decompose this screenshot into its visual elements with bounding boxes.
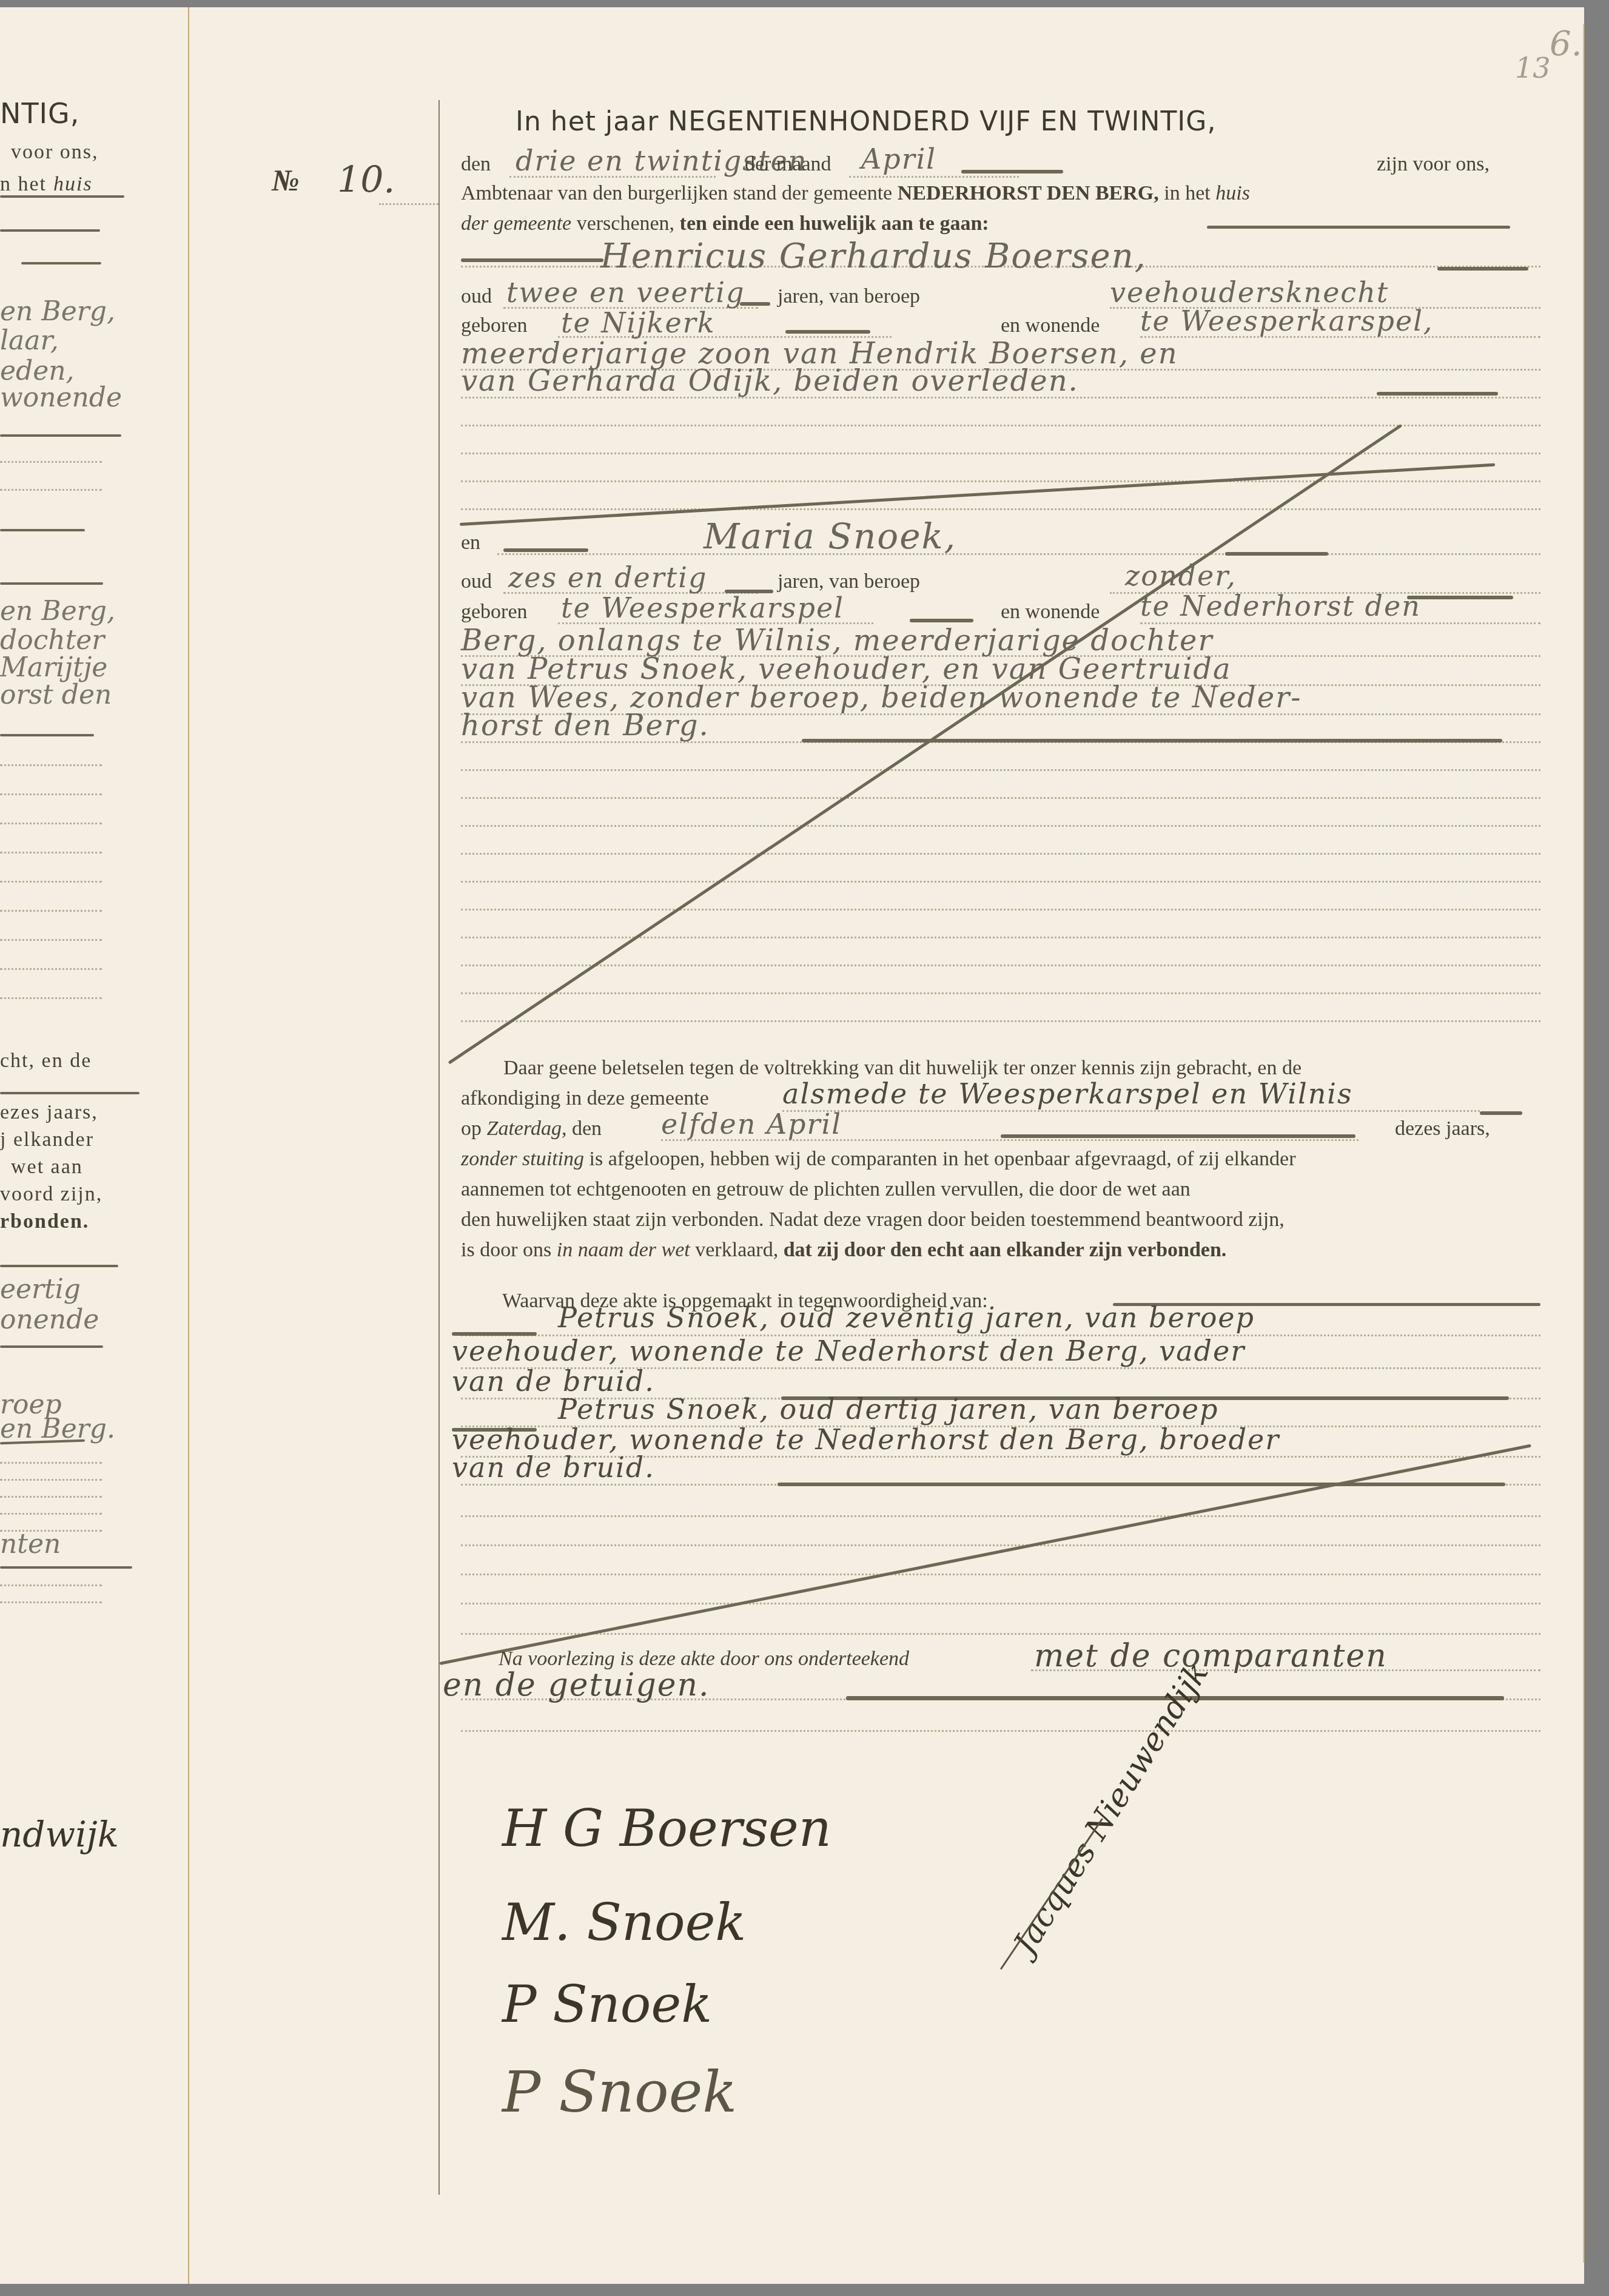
proclamation-line-6: den huwelijken staat zijn verbonden. Nad…	[461, 1208, 1285, 1231]
intro-line-2: Ambtenaar van den burgerlijken stand der…	[461, 182, 1250, 205]
book-gutter-line	[188, 7, 189, 2284]
fill-bar	[1480, 1111, 1522, 1115]
left-rule	[0, 461, 102, 463]
op-label: op	[461, 1117, 482, 1140]
intro-text: ten einde een huwelijk aan te gaan:	[680, 212, 989, 235]
den-label: den	[572, 1117, 602, 1140]
fill-bar	[802, 739, 1502, 742]
proclamation-line-7: is door ons in naam der wet verklaard, d…	[461, 1239, 1226, 1262]
left-fill-bar	[21, 262, 101, 264]
blank-rule	[461, 937, 1540, 938]
left-rule	[0, 1601, 102, 1603]
blank-rule	[461, 1544, 1540, 1546]
left-fill-bar	[0, 1092, 139, 1094]
left-rule	[0, 764, 102, 766]
blank-rule	[461, 1730, 1540, 1732]
record-number: 10.	[337, 159, 395, 201]
left-fill-bar	[0, 529, 85, 531]
left-handwriting: dochter	[0, 625, 104, 656]
left-rule	[0, 1584, 102, 1586]
blank-rule	[461, 1020, 1540, 1022]
left-fill-bar	[0, 582, 103, 585]
page-title: In het jaar NEGENTIENHONDERD VIJF EN TWI…	[516, 106, 1216, 137]
wonende-label: en wonende	[1001, 601, 1100, 624]
blank-rule	[461, 1515, 1540, 1517]
en-label: en	[461, 531, 480, 554]
afkondiging-places: alsmede te Weesperkarspel en Wilnis	[782, 1077, 1353, 1110]
fill-bar	[785, 330, 870, 334]
left-handwriting: nten	[0, 1529, 61, 1560]
left-fill-bar	[0, 1265, 118, 1267]
left-fill-bar	[0, 195, 124, 198]
signature-bride: M. Snoek	[502, 1893, 746, 1952]
fill-bar	[1225, 552, 1328, 556]
bride-residence: te Nederhorst den	[1140, 590, 1421, 622]
blank-rule	[461, 881, 1540, 883]
bride-birthplace: te Weesperkarspel	[561, 591, 844, 624]
geboren-label: geboren	[461, 601, 528, 624]
jaren-label: jaren, van beroep	[778, 285, 920, 308]
left-handwriting: laar,	[0, 325, 59, 356]
proclamation-text: verklaard,	[695, 1239, 778, 1261]
blank-rule	[461, 480, 1540, 482]
fill-bar	[740, 302, 770, 306]
groom-residence: te Weesperkarspel,	[1140, 305, 1433, 337]
fill-bar	[461, 258, 603, 262]
left-rule	[0, 823, 102, 824]
blank-rule	[461, 1603, 1540, 1604]
blank-rule	[461, 453, 1540, 454]
left-line: j elkander	[0, 1128, 94, 1151]
oud-label: oud	[461, 570, 492, 593]
margin-rule	[438, 100, 440, 2195]
proclamation-line-5: aannemen tot echtgenooten en getrouw de …	[461, 1178, 1191, 1201]
left-title-fragment: NTIG,	[0, 97, 79, 130]
witness-2-line-3: van de bruid.	[452, 1451, 655, 1484]
closing-hand-1: met de comparanten	[1034, 1638, 1388, 1674]
left-rule	[0, 968, 102, 970]
bride-age: zes en dertig	[508, 561, 707, 594]
fill-bar	[1407, 596, 1513, 599]
left-signature-fragment: ndwijk	[0, 1814, 119, 1855]
voor-ons-text: zijn voor ons,	[1377, 153, 1490, 176]
groom-details-2: van Gerharda Odijk, beiden overleden.	[461, 364, 1079, 398]
left-handwriting: en Berg,	[0, 596, 115, 627]
geboren-label: geboren	[461, 314, 528, 337]
month-fill-bar	[961, 170, 1063, 173]
left-line: huis	[53, 173, 93, 196]
left-line: ezes jaars,	[0, 1101, 98, 1124]
left-fill-bar	[0, 734, 94, 736]
left-rule	[0, 997, 102, 999]
left-fill-bar	[0, 1345, 103, 1348]
den-label: den	[461, 153, 491, 176]
intro-text: Ambtenaar van den burgerlijken stand der…	[461, 182, 892, 204]
blank-rule	[461, 769, 1540, 771]
zonder-stuiting: zonder stuiting	[461, 1148, 584, 1170]
jaren-label: jaren, van beroep	[778, 570, 920, 593]
left-fill-bar	[0, 229, 100, 232]
signature-groom: H G Boersen	[502, 1799, 831, 1858]
declaration-bold: dat zij door den echt aan elkander zijn …	[784, 1239, 1227, 1261]
left-rule	[0, 852, 102, 853]
page-edge	[1583, 24, 1585, 2263]
month-value: April	[861, 143, 936, 175]
proclamation-text: is afgeloopen, hebben wij de comparanten…	[590, 1148, 1296, 1170]
witness-2-line-1: Petrus Snoek, oud dertig jaren, van bero…	[558, 1393, 1218, 1426]
municipality-name: NEDERHORST DEN BERG,	[898, 182, 1159, 204]
signature-witness-1: P Snoek	[502, 1974, 712, 2034]
proclamation-line-1: Daar geene beletselen tegen de voltrekki…	[503, 1057, 1302, 1080]
left-fill-bar	[0, 434, 121, 437]
dezes-jaars: dezes jaars,	[1395, 1117, 1490, 1140]
groom-occupation: veehoudersknecht	[1110, 276, 1389, 309]
left-rule	[0, 939, 102, 941]
witness-1-line-2: veehouder, wonende te Nederhorst den Ber…	[452, 1335, 1245, 1367]
month-rule	[849, 176, 1019, 178]
left-rule	[0, 881, 102, 883]
bride-name: Maria Snoek,	[704, 516, 956, 557]
fill-bar	[778, 1483, 1505, 1486]
left-line: cht, en de	[0, 1049, 92, 1072]
bride-occupation: zonder,	[1125, 559, 1237, 592]
left-rule	[0, 793, 102, 795]
left-handwriting: Marijtje	[0, 652, 107, 683]
fill-bar	[1437, 267, 1528, 271]
blank-rule	[461, 1633, 1540, 1635]
left-line: voor ons,	[11, 141, 99, 164]
fill-bar	[1207, 226, 1510, 229]
left-rule	[0, 910, 102, 912]
bride-name-rule	[497, 553, 1540, 555]
intro-line-3: der gemeente verschenen, ten einde een h…	[461, 212, 989, 235]
left-rule	[0, 1513, 102, 1515]
left-handwriting: wonende	[0, 382, 122, 413]
record-number-label: №	[272, 163, 300, 198]
wonende-label: en wonende	[1001, 314, 1100, 337]
proclamation-text: is door ons	[461, 1239, 551, 1261]
left-line: wet aan	[11, 1156, 83, 1179]
bride-details-4: horst den Berg.	[461, 709, 710, 742]
left-handwriting: orst den	[0, 679, 112, 710]
afkondiging-rule	[782, 1110, 1480, 1112]
annotation-folio: 13	[1515, 52, 1551, 84]
fill-bar	[503, 548, 588, 552]
left-rule	[0, 1496, 102, 1498]
closing-hand-2: en de getuigen.	[443, 1667, 710, 1703]
groom-age: twee en veertig	[506, 276, 745, 309]
groom-birthplace: te Nijkerk	[561, 306, 716, 339]
blank-rule	[461, 992, 1540, 994]
fill-bar	[910, 619, 973, 622]
left-rule	[0, 489, 102, 491]
blank-rule	[461, 425, 1540, 426]
blank-rule	[461, 909, 1540, 911]
fill-bar	[1377, 392, 1498, 396]
afkondiging-label: afkondiging in deze gemeente	[461, 1087, 709, 1110]
blank-rule	[461, 508, 1540, 510]
left-line: n het	[0, 173, 47, 196]
intro-text: in het	[1164, 182, 1210, 204]
left-rule	[0, 1462, 102, 1464]
intro-text: huis	[1215, 182, 1250, 204]
signature-witness-2: P Snoek	[502, 2059, 737, 2126]
proclamation-date: elfden April	[661, 1108, 842, 1140]
left-fill-bar	[0, 1566, 132, 1569]
groom-name: Henricus Gerhardus Boersen,	[600, 237, 1147, 276]
blank-rule	[461, 965, 1540, 966]
left-line: rbonden.	[0, 1210, 89, 1233]
fill-bar	[1001, 1134, 1355, 1138]
left-rule	[0, 1479, 102, 1481]
annotation-page-number: 6.	[1550, 24, 1582, 64]
blank-rule	[461, 1574, 1540, 1575]
op-line: op Zaterdag, den	[461, 1117, 602, 1140]
intro-text: der gemeente	[461, 212, 571, 235]
intro-text: verschenen,	[577, 212, 674, 235]
blank-rule	[461, 853, 1540, 855]
left-handwriting: eertig	[0, 1274, 81, 1305]
left-handwriting: onende	[0, 1304, 99, 1335]
proclamation-line-4: zonder stuiting is afgeloopen, hebben wi…	[461, 1148, 1296, 1171]
maand-label: der maand	[745, 153, 831, 176]
left-handwriting: en Berg,	[0, 296, 115, 327]
blank-rule	[461, 825, 1540, 827]
proclamation-text: in naam der wet	[557, 1239, 690, 1261]
record-number-rule	[379, 203, 438, 205]
blank-rule	[461, 797, 1540, 799]
weekday: Zaterdag,	[487, 1117, 567, 1140]
witness-1-line-1: Petrus Snoek, oud zeventig jaren, van be…	[558, 1301, 1255, 1334]
left-line: voord zijn,	[0, 1183, 102, 1206]
oud-label: oud	[461, 285, 492, 308]
